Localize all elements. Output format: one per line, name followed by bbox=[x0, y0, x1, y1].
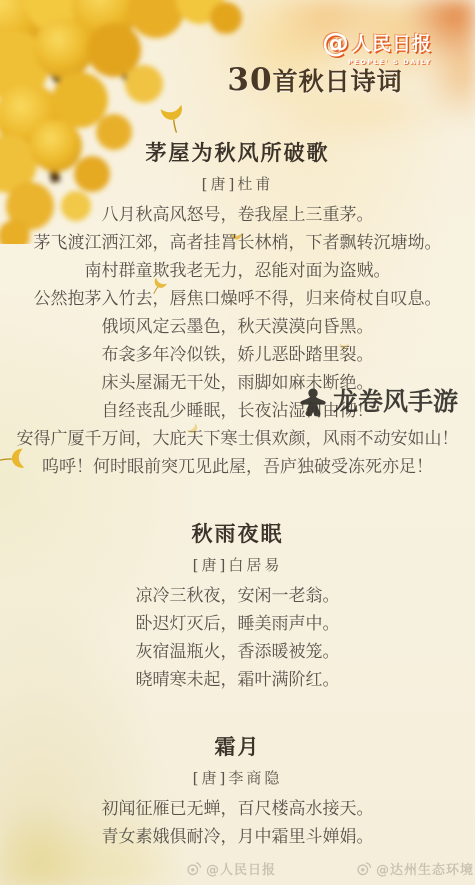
poem-title: 茅屋为秋风所破歌 bbox=[0, 138, 475, 168]
bottom-right-watermark: @达州生态环境 bbox=[356, 859, 474, 878]
poem-line: 茅飞渡江洒江郊，高者挂罥长林梢，下者飘转沉塘坳。 bbox=[0, 229, 475, 257]
poem-line: 俄顷风定云墨色，秋天漠漠向昏黑。 bbox=[0, 313, 475, 341]
poem-author: [唐]杜甫 bbox=[0, 174, 475, 194]
poem-qiuyu-yemian: 秋雨夜眠 [唐]白居易 凉冷三秋夜，安闲一老翁。 卧迟灯灭后，睡美雨声中。 灰宿… bbox=[0, 519, 475, 694]
poem-line: 南村群童欺我老无力，忍能对面为盗贼。 bbox=[0, 257, 475, 285]
poem-title: 霜月 bbox=[0, 732, 475, 762]
center-watermark-text: 龙卷风手游 bbox=[333, 387, 458, 417]
poem-line: 八月秋高风怒号，卷我屋上三重茅。 bbox=[0, 201, 475, 229]
bottom-left-watermark-text: @人民日报 bbox=[206, 859, 276, 878]
poem-author: [唐]李商隐 bbox=[0, 768, 475, 788]
bottom-left-watermark: @人民日报 bbox=[186, 859, 276, 878]
poem-title: 秋雨夜眠 bbox=[0, 519, 475, 549]
poem-maowu: 茅屋为秋风所破歌 [唐]杜甫 八月秋高风怒号，卷我屋上三重茅。 茅飞渡江洒江郊，… bbox=[0, 138, 475, 481]
poem-line: 卧迟灯灭后，睡美雨声中。 bbox=[0, 610, 475, 638]
poem-shuangyue: 霜月 [唐]李商隐 初闻征雁已无蝉，百尺楼高水接天。 青女素娥俱耐冷，月中霜里斗… bbox=[0, 732, 475, 851]
meeple-icon bbox=[297, 386, 329, 417]
poem-line: 青女素娥俱耐冷，月中霜里斗婵娟。 bbox=[0, 823, 475, 851]
weibo-icon bbox=[356, 860, 373, 877]
poster-page: @ 人民日报 PEOPLE' S DAILY 30首秋日诗词 茅屋为秋风所破歌 … bbox=[0, 0, 475, 885]
poems-column: 茅屋为秋风所破歌 [唐]杜甫 八月秋高风怒号，卷我屋上三重茅。 茅飞渡江洒江郊，… bbox=[0, 0, 475, 885]
poem-line: 凉冷三秋夜，安闲一老翁。 bbox=[0, 582, 475, 610]
poem-line: 晓晴寒未起，霜叶满阶红。 bbox=[0, 666, 475, 694]
poem-line: 呜呼！何时眼前突兀见此屋，吾庐独破受冻死亦足！ bbox=[0, 453, 475, 481]
weibo-icon bbox=[186, 860, 203, 877]
poem-line: 初闻征雁已无蝉，百尺楼高水接天。 bbox=[0, 795, 475, 823]
bottom-right-watermark-text: @达州生态环境 bbox=[376, 859, 474, 878]
poem-line: 布衾多年冷似铁，娇儿恶卧踏里裂。 bbox=[0, 341, 475, 369]
center-watermark: 龙卷风手游 bbox=[297, 386, 458, 417]
poem-line: 公然抱茅入竹去，唇焦口燥呼不得，归来倚杖自叹息。 bbox=[0, 285, 475, 313]
poem-author: [唐]白居易 bbox=[0, 555, 475, 575]
poem-line: 安得广厦千万间，大庇天下寒士俱欢颜，风雨不动安如山！ bbox=[0, 425, 475, 453]
poem-line: 灰宿温瓶火，香添暖被笼。 bbox=[0, 638, 475, 666]
